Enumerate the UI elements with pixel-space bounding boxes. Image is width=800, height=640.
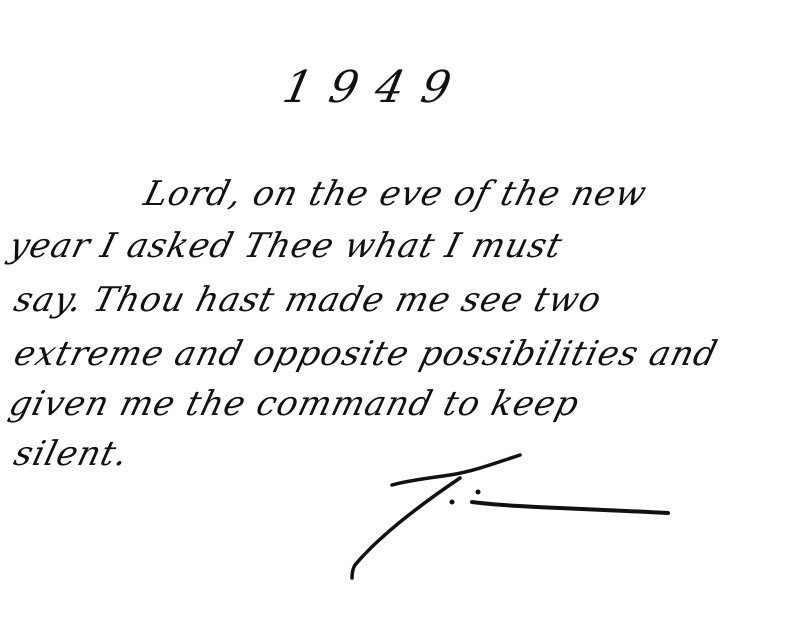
text-line-5: given me the command to keep <box>5 384 584 424</box>
text-line-4: extreme and opposite possibilities and <box>10 334 722 374</box>
year-heading: 1949 <box>279 62 474 113</box>
text-line-1: Lord, on the eve of the new <box>140 174 651 214</box>
text-line-2: year I asked Thee what I must <box>5 226 567 266</box>
text-line-6: silent. <box>10 434 133 474</box>
signature-mark <box>330 450 670 580</box>
handwritten-page: 1949 Lord, on the eve of the new year I … <box>0 0 800 640</box>
text-line-3: say. Thou hast made me see two <box>10 280 606 320</box>
